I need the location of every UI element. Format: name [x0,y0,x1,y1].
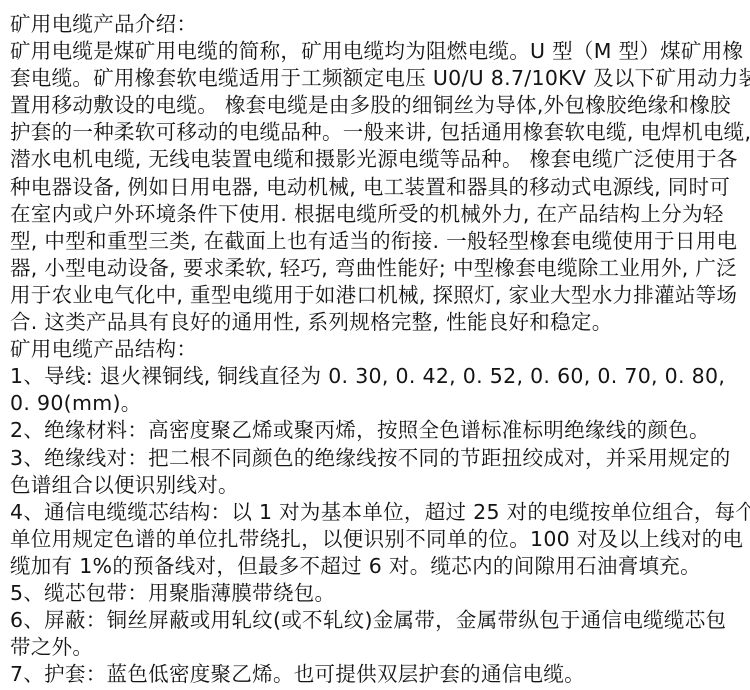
intro-text-line: 种电器设备, 例如日用电器, 电动机械, 电工装置和器具的移动式电源线, 同时可 [10,174,744,201]
structure-text-line: 色谱组合以便识别线对。 [10,472,744,499]
structure-text-line: 4、通信电缆缆芯结构：以 1 对为基本单位，超过 25 对的电缆按单位组合，每个 [10,499,744,526]
structure-text-line: 1、导线: 退火裸铜线, 铜线直径为 0. 30, 0. 42, 0. 52, … [10,363,744,390]
structure-heading: 矿用电缆产品结构： [10,336,744,363]
structure-text-line: 缆加有 1%的预备线对，但最多不超过 6 对。缆芯内的间隙用石油膏填充。 [10,553,744,580]
structure-text-line: 单位用规定色谱的单位扎带绕扎，以便识别不同单的位。100 对及以上线对的电 [10,526,744,553]
intro-text-line: 潜水电机电缆, 无线电装置电缆和摄影光源电缆等品种。 橡套电缆广泛使用于各 [10,146,744,173]
intro-text-line: 用于农业电气化中, 重型电缆用于如港口机械, 探照灯, 家业大型水力排灌站等场 [10,282,744,309]
intro-text-line: 置用移动敷设的电缆。 橡套电缆是由多股的细铜丝为导体,外包橡胶绝缘和橡胶 [10,92,744,119]
structure-text-line: 6、屏蔽：铜丝屏蔽或用轧纹(或不轧纹)金属带，金属带纵包于通信电缆缆芯包 [10,607,744,634]
intro-text-line: 在室内或户外环境条件下使用. 根据电缆所受的机械外力, 在产品结构上分为轻 [10,201,744,228]
document-page: 矿用电缆产品介绍： 矿用电缆是煤矿用电缆的简称，矿用电缆均为阻燃电缆。U 型（M… [0,0,750,690]
structure-text-line: 0. 90(mm)。 [10,390,744,417]
structure-text-line: 带之外。 [10,634,744,661]
intro-text-line: 器, 小型电动设备, 要求柔软, 轻巧, 弯曲性能好; 中型橡套电缆除工业用外,… [10,255,744,282]
intro-text-line: 型, 中型和重型三类, 在截面上也有适当的衔接. 一般轻型橡套电缆使用于日用电 [10,228,744,255]
structure-text-line: 2、绝缘材料：高密度聚乙烯或聚丙烯，按照全色谱标准标明绝缘线的颜色。 [10,417,744,444]
intro-heading: 矿用电缆产品介绍： [10,11,744,38]
intro-text-line: 合. 这类产品具有良好的通用性, 系列规格完整, 性能良好和稳定。 [10,309,744,336]
intro-text-line: 套电缆。矿用橡套软电缆适用于工频额定电压 U0/U 8.7/10KV 及以下矿用… [10,65,744,92]
intro-text-line: 护套的一种柔软可移动的电缆品种。一般来讲, 包括通用橡套软电缆, 电焊机电缆, [10,119,744,146]
intro-text-line: 矿用电缆是煤矿用电缆的简称，矿用电缆均为阻燃电缆。U 型（M 型）煤矿用橡 [10,38,744,65]
structure-text-line: 3、绝缘线对：把二根不同颜色的绝缘线按不同的节距扭绞成对，并采用规定的 [10,445,744,472]
structure-text-line: 7、护套：蓝色低密度聚乙烯。也可提供双层护套的通信电缆。 [10,661,744,688]
structure-text-line: 5、缆芯包带：用聚脂薄膜带绕包。 [10,580,744,607]
